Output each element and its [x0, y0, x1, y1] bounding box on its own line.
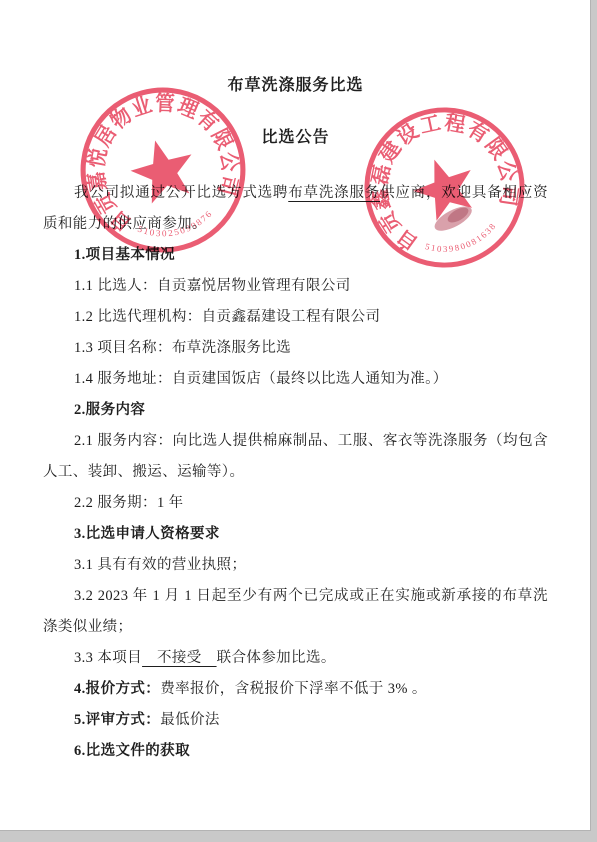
paragraph: 我公司拟通过公开比选方式选聘布草洗涤服务供应商，欢迎具备相应资质和能力的供应商参… [43, 178, 548, 240]
paragraph: 3.3 本项目 不接受 联合体参加比选。 [43, 643, 548, 674]
paragraph: 1.3 项目名称：布草洗涤服务比选 [43, 333, 548, 364]
document-subtitle: 比选公告 [43, 128, 548, 148]
paragraph: 2.1 服务内容：向比选人提供棉麻制品、工服、客衣等洗涤服务（均包含人工、装卸、… [43, 426, 548, 488]
paragraph: 3.2 2023 年 1 月 1 日起至少有两个已完成或正在实施或新承接的布草洗… [43, 581, 548, 643]
document: 布草洗涤服务比选 比选公告 我公司拟通过公开比选方式选聘布草洗涤服务供应商，欢迎… [43, 76, 548, 767]
paragraph: 3.1 具有有效的营业执照； [43, 550, 548, 581]
paragraph: 1.1 比选人：自贡嘉悦居物业管理有限公司 [43, 271, 548, 302]
paragraph: 6.比选文件的获取 [43, 736, 548, 767]
scanned-document-page: { "page": { "background": "#ffffff", "sc… [0, 0, 597, 842]
document-body: 我公司拟通过公开比选方式选聘布草洗涤服务供应商，欢迎具备相应资质和能力的供应商参… [43, 178, 548, 767]
document-title: 布草洗涤服务比选 [43, 76, 548, 96]
paragraph: 5.评审方式：最低价法 [43, 705, 548, 736]
paragraph: 1.2 比选代理机构：自贡鑫磊建设工程有限公司 [43, 302, 548, 333]
paragraph: 3.比选申请人资格要求 [43, 519, 548, 550]
paragraph: 2.服务内容 [43, 395, 548, 426]
paragraph: 1.4 服务地址：自贡建国饭店（最终以比选人通知为准。） [43, 364, 548, 395]
paragraph: 2.2 服务期：1 年 [43, 488, 548, 519]
paragraph: 1.项目基本情况 [43, 240, 548, 271]
page: 布草洗涤服务比选 比选公告 我公司拟通过公开比选方式选聘布草洗涤服务供应商，欢迎… [0, 0, 591, 831]
paragraph: 4.报价方式：费率报价，含税报价下浮率不低于 3% 。 [43, 674, 548, 705]
